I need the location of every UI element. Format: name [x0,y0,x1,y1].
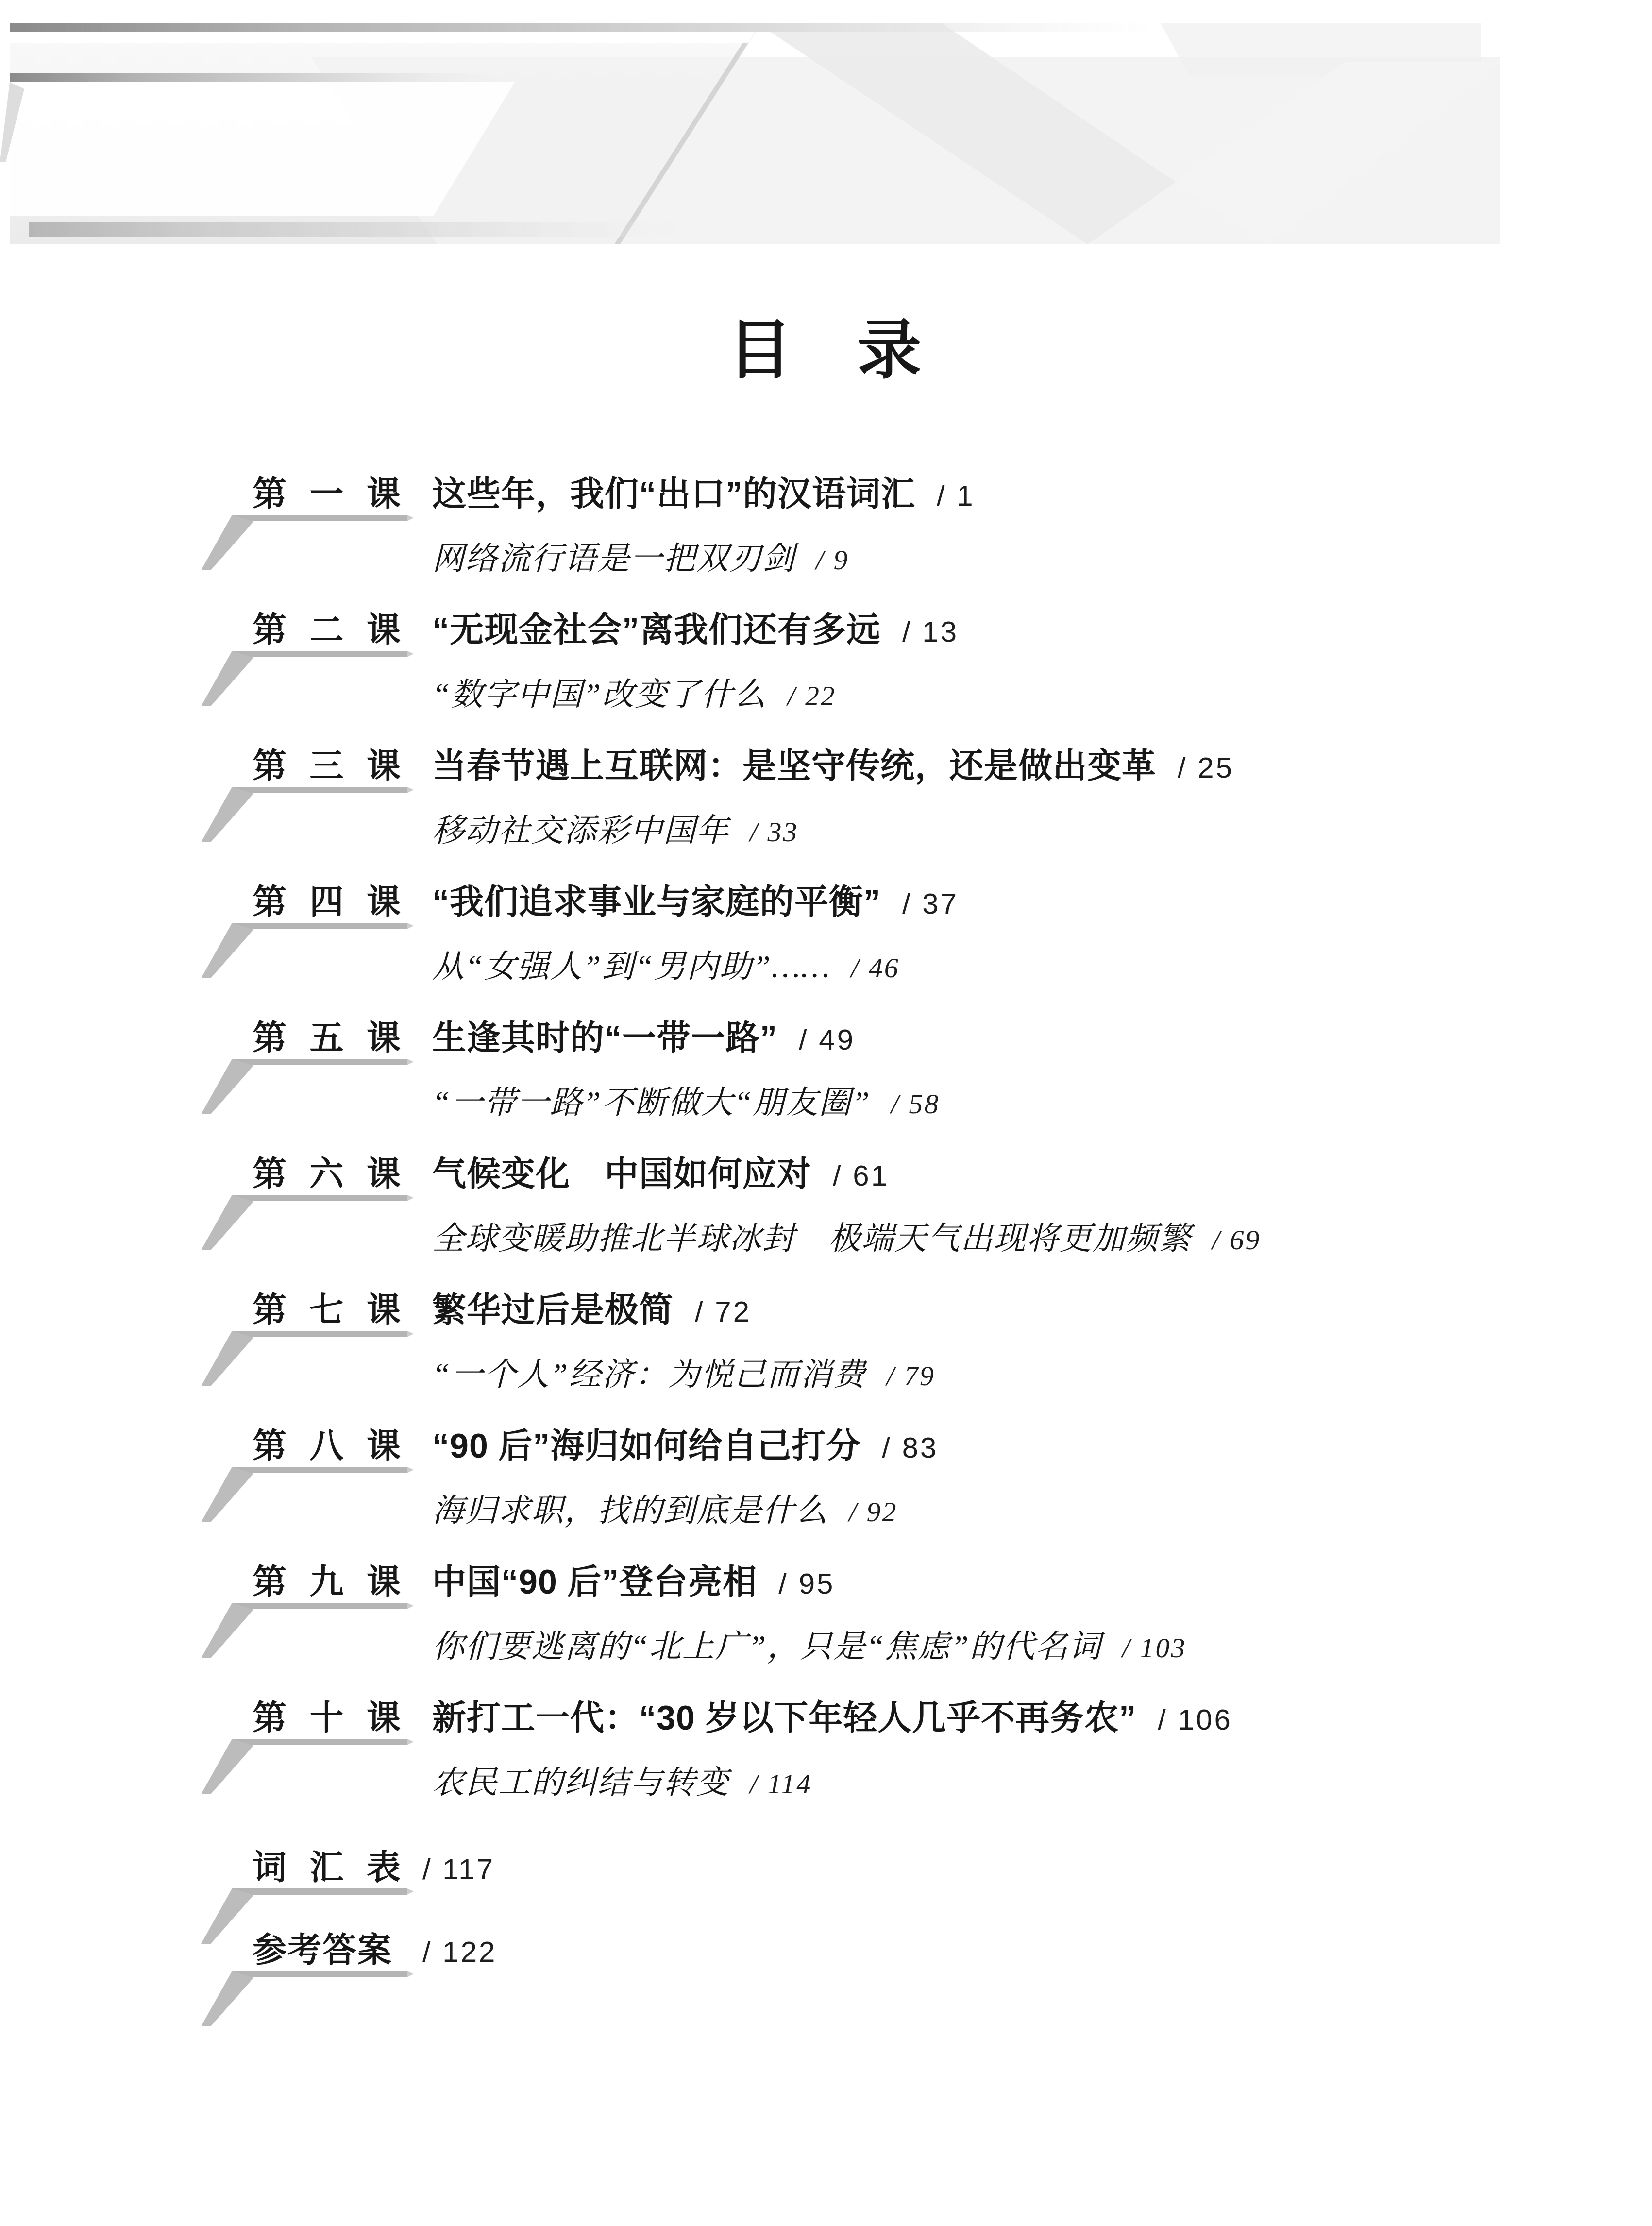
lesson-subtitle: 农民工的纠结与转变 [432,1766,729,1800]
lesson-subtitle: 网络流行语是一把双刃剑 [432,542,795,576]
answer-key-label: 参考答案 [253,1932,422,1968]
lesson-number: 第 九 课 [253,1564,432,1600]
page-number: / 37 [902,887,959,920]
lesson-main-row: 第 三 课 当春节遇上互联网：是坚守传统，还是做出变革 / 25 [253,748,1234,784]
lesson-title: “无现金社会”离我们还有多远 [432,612,881,648]
header-art-graphic [0,14,1652,247]
lesson-title: “我们追求事业与家庭的平衡” [432,884,881,920]
lesson-main-row: 第 二 课 “无现金社会”离我们还有多远 / 13 [253,612,959,648]
lesson-title: 新打工一代：“30 岁以下年轻人几乎不再务农” [432,1700,1136,1736]
lesson-number: 第 二 课 [253,612,432,648]
lesson-subtitle: “一个人”经济：为悦己而消费 [432,1358,866,1392]
lesson-main-row: 第 一 课 这些年，我们“出口”的汉语词汇 / 1 [253,476,975,512]
subtitle-page-number: / 33 [750,816,799,848]
page-number: / 95 [778,1567,835,1600]
underline-swoosh-decoration [194,1971,418,2029]
toc-entry-lesson-1: 第 一 课 这些年，我们“出口”的汉语词汇 / 1 网络流行语是一把双刃剑 / … [253,476,1593,602]
underline-swoosh-decoration [194,1467,418,1525]
underline-swoosh-decoration [194,1603,418,1661]
underline-swoosh-decoration [194,1739,418,1797]
underline-swoosh-decoration [194,787,418,845]
lesson-number: 第 八 课 [253,1428,432,1464]
lesson-number: 第 一 课 [253,476,432,512]
lesson-main-row: 第 八 课 “90 后”海归如何给自己打分 / 83 [253,1428,938,1464]
lesson-title: 繁华过后是极简 [432,1292,674,1328]
page-number: / 72 [695,1295,751,1328]
lesson-sub-row: 网络流行语是一把双刃剑 / 9 [432,542,849,576]
subtitle-page-number: / 46 [851,952,900,984]
toc-entry-lesson-8: 第 八 课 “90 后”海归如何给自己打分 / 83 海归求职，找的到底是什么 … [253,1428,1593,1554]
page-number: / 49 [799,1023,855,1056]
subtitle-page-number: / 103 [1122,1631,1187,1664]
answer-key-row: 参考答案 / 122 [253,1932,497,1969]
underline-swoosh-decoration [194,651,418,709]
page-number: / 61 [833,1159,889,1192]
page-number: / 117 [422,1852,495,1886]
lesson-title: “90 后”海归如何给自己打分 [432,1428,860,1464]
toc-entry-lesson-10: 第 十 课 新打工一代：“30 岁以下年轻人几乎不再务农” / 106 农民工的… [253,1700,1593,1826]
toc-entry-lesson-4: 第 四 课 “我们追求事业与家庭的平衡” / 37 从“女强人”到“男内助”……… [253,884,1593,1010]
lesson-main-row: 第 五 课 生逢其时的“一带一路” / 49 [253,1020,855,1056]
underline-swoosh-decoration [194,1331,418,1389]
underline-swoosh-decoration [194,923,418,981]
lesson-sub-row: 农民工的纠结与转变 / 114 [432,1766,812,1800]
lesson-subtitle: 全球变暖助推北半球冰封 极端天气出现将更加频繁 [432,1222,1192,1256]
toc-entry-lesson-7: 第 七 课 繁华过后是极简 / 72 “一个人”经济：为悦己而消费 / 79 [253,1292,1593,1418]
page-number: / 83 [882,1431,938,1464]
underline-swoosh-decoration [194,515,418,573]
glossary-label: 词 汇 表 [253,1850,422,1886]
lesson-number: 第 三 课 [253,748,432,784]
underline-swoosh-decoration [194,1195,418,1253]
lesson-main-row: 第 九 课 中国“90 后”登台亮相 / 95 [253,1564,835,1600]
glossary-row: 词 汇 表 / 117 [253,1850,495,1886]
subtitle-page-number: / 114 [750,1767,812,1800]
page-number: / 106 [1158,1703,1232,1736]
page-number: / 122 [422,1935,497,1969]
lesson-number: 第 四 课 [253,884,432,920]
page-number: / 13 [902,615,959,648]
lesson-number: 第 五 课 [253,1020,432,1056]
subtitle-page-number: / 69 [1212,1223,1261,1256]
lesson-subtitle: 你们要逃离的“北上广”，只是“焦虑”的代名词 [432,1630,1102,1664]
lesson-title: 中国“90 后”登台亮相 [432,1564,757,1600]
page-number: / 1 [937,479,975,512]
toc-entry-lesson-9: 第 九 课 中国“90 后”登台亮相 / 95 你们要逃离的“北上广”，只是“焦… [253,1564,1593,1690]
lesson-main-row: 第 六 课 气候变化 中国如何应对 / 61 [253,1156,889,1192]
lesson-title: 生逢其时的“一带一路” [432,1020,777,1056]
lesson-title: 这些年，我们“出口”的汉语词汇 [432,476,915,512]
page-title: 目 录 [0,315,1652,385]
lesson-sub-row: 全球变暖助推北半球冰封 极端天气出现将更加频繁 / 69 [432,1222,1261,1256]
toc-entry-lesson-6: 第 六 课 气候变化 中国如何应对 / 61 全球变暖助推北半球冰封 极端天气出… [253,1156,1593,1282]
subtitle-page-number: / 9 [816,544,849,576]
lesson-title: 当春节遇上互联网：是坚守传统，还是做出变革 [432,748,1156,784]
lesson-main-row: 第 十 课 新打工一代：“30 岁以下年轻人几乎不再务农” / 106 [253,1700,1232,1736]
lesson-number: 第 十 课 [253,1700,432,1736]
lesson-sub-row: 海归求职，找的到底是什么 / 92 [432,1494,898,1528]
lesson-sub-row: 你们要逃离的“北上广”，只是“焦虑”的代名词 / 103 [432,1630,1186,1664]
lesson-subtitle: “数字中国”改变了什么 [432,678,767,712]
underline-swoosh-decoration [194,1059,418,1117]
subtitle-page-number: / 58 [891,1088,940,1120]
lesson-main-row: 第 七 课 繁华过后是极简 / 72 [253,1292,751,1328]
page-number: / 25 [1178,751,1234,784]
toc-entry-answer-key: 参考答案 / 122 [253,1932,1593,2058]
lesson-main-row: 第 四 课 “我们追求事业与家庭的平衡” / 37 [253,884,959,920]
toc-entry-lesson-3: 第 三 课 当春节遇上互联网：是坚守传统，还是做出变革 / 25 移动社交添彩中… [253,748,1593,874]
lesson-number: 第 七 课 [253,1292,432,1328]
toc-entry-lesson-2: 第 二 课 “无现金社会”离我们还有多远 / 13 “数字中国”改变了什么 / … [253,612,1593,738]
subtitle-page-number: / 92 [849,1495,898,1528]
lesson-subtitle: 移动社交添彩中国年 [432,814,729,848]
lesson-sub-row: 从“女强人”到“男内助”…… / 46 [432,950,900,984]
lesson-sub-row: “一带一路”不断做大“朋友圈” / 58 [432,1086,940,1120]
toc-page: 目 录 第 一 课 这些年，我们“出口”的汉语词汇 / 1 网络流行语是一把双刃… [0,0,1652,2226]
subtitle-page-number: / 79 [886,1359,935,1392]
lesson-title: 气候变化 中国如何应对 [432,1156,811,1192]
lesson-subtitle: “一带一路”不断做大“朋友圈” [432,1086,871,1120]
lesson-number: 第 六 课 [253,1156,432,1192]
subtitle-page-number: / 22 [787,680,836,712]
lesson-sub-row: “一个人”经济：为悦己而消费 / 79 [432,1358,935,1392]
lesson-subtitle: 从“女强人”到“男内助”…… [432,950,830,984]
lesson-sub-row: 移动社交添彩中国年 / 33 [432,814,799,848]
toc-entry-lesson-5: 第 五 课 生逢其时的“一带一路” / 49 “一带一路”不断做大“朋友圈” /… [253,1020,1593,1146]
lesson-sub-row: “数字中国”改变了什么 / 22 [432,678,836,712]
lesson-subtitle: 海归求职，找的到底是什么 [432,1494,828,1528]
